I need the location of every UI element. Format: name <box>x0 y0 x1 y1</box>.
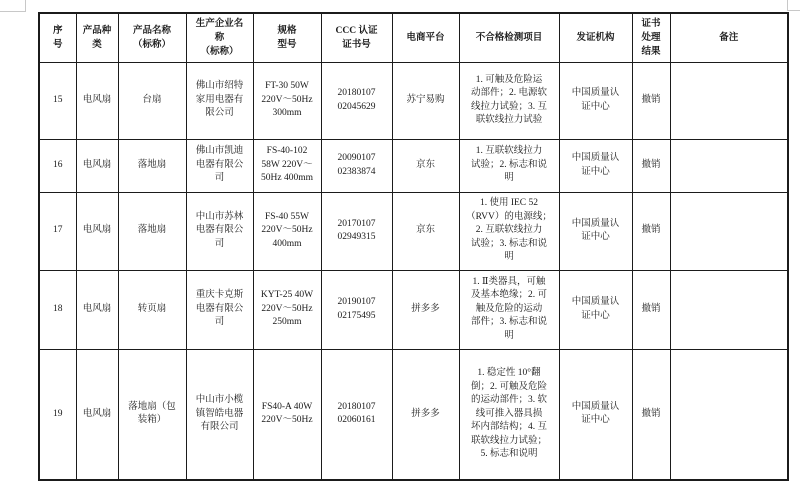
noncompliant-products-table: 序 号 产品种 类 产品名称 （标称） 生产企业名 称 （标称） 规格 型号 C… <box>38 12 789 481</box>
cell-product-name: 落地扇（包 装箱） <box>118 349 186 480</box>
table-row: 19 电风扇 落地扇（包 装箱） 中山市小榄 镇智皓电器 有限公司 FS40-A… <box>39 349 788 480</box>
cell-issuer: 中国质量认 证中心 <box>559 270 632 349</box>
cell-remark <box>670 349 788 480</box>
cell-failed-items: 1. 使用 IEC 52 （RVV）的电源线； 2. 互联软线拉力 试验；3. … <box>459 192 559 270</box>
cell-issuer: 中国质量认 证中心 <box>559 192 632 270</box>
cell-remark <box>670 270 788 349</box>
cell-manufacturer: 中山市小榄 镇智皓电器 有限公司 <box>186 349 253 480</box>
cell-failed-items: 1. Ⅱ类器具，可触 及基本绝缘；2. 可 触及危险的运动 部件；3. 标志和说… <box>459 270 559 349</box>
cell-ccc-no: 20190107 02175495 <box>321 270 392 349</box>
cell-failed-items: 1. 稳定性 10°翻 倒；2. 可触及危险 的运动部件；3. 软 线可推入器具… <box>459 349 559 480</box>
cell-platform: 拼多多 <box>392 349 459 480</box>
table-row: 17 电风扇 落地扇 中山市苏林 电器有限公 司 FS-40 55W 220V～… <box>39 192 788 270</box>
column-header-manufacturer: 生产企业名 称 （标称） <box>186 13 253 62</box>
cell-platform: 京东 <box>392 139 459 192</box>
column-header-failed-items: 不合格检测项目 <box>459 13 559 62</box>
cell-model: FS40-A 40W 220V～50Hz <box>253 349 321 480</box>
cell-model: FT-30 50W 220V～50Hz 300mm <box>253 62 321 139</box>
cropped-row-artifact-right-horizontal <box>787 10 800 11</box>
cell-product-name: 落地扇 <box>118 139 186 192</box>
header-row: 序 号 产品种 类 产品名称 （标称） 生产企业名 称 （标称） 规格 型号 C… <box>39 13 788 62</box>
cell-model: KYT-25 40W 220V～50Hz 250mm <box>253 270 321 349</box>
cell-category: 电风扇 <box>76 192 118 270</box>
column-header-ccc-no: CCC 认证 证书号 <box>321 13 392 62</box>
cell-issuer: 中国质量认 证中心 <box>559 62 632 139</box>
cell-remark <box>670 139 788 192</box>
cell-remark <box>670 192 788 270</box>
table-row: 18 电风扇 转页扇 重庆卡克斯 电器有限公 司 KYT-25 40W 220V… <box>39 270 788 349</box>
cell-category: 电风扇 <box>76 62 118 139</box>
cell-category: 电风扇 <box>76 139 118 192</box>
cell-platform: 拼多多 <box>392 270 459 349</box>
cell-category: 电风扇 <box>76 349 118 480</box>
cell-result: 撤销 <box>632 192 670 270</box>
cropped-row-artifact-left-vertical <box>25 0 26 12</box>
column-header-issuer: 发证机构 <box>559 13 632 62</box>
cell-model: FS-40 55W 220V～50Hz 400mm <box>253 192 321 270</box>
cell-platform: 苏宁易购 <box>392 62 459 139</box>
cell-ccc-no: 20180107 02060161 <box>321 349 392 480</box>
cell-manufacturer: 佛山市绍特 家用电器有 限公司 <box>186 62 253 139</box>
cell-issuer: 中国质量认 证中心 <box>559 139 632 192</box>
column-header-product-name: 产品名称 （标称） <box>118 13 186 62</box>
cell-product-name: 转页扇 <box>118 270 186 349</box>
cell-seq: 15 <box>39 62 76 139</box>
table-row: 15 电风扇 台扇 佛山市绍特 家用电器有 限公司 FT-30 50W 220V… <box>39 62 788 139</box>
column-header-result: 证书 处理 结果 <box>632 13 670 62</box>
cell-manufacturer: 重庆卡克斯 电器有限公 司 <box>186 270 253 349</box>
cell-seq: 17 <box>39 192 76 270</box>
cell-ccc-no: 20170107 02949315 <box>321 192 392 270</box>
column-header-platform: 电商平台 <box>392 13 459 62</box>
cell-seq: 19 <box>39 349 76 480</box>
cell-result: 撤销 <box>632 349 670 480</box>
cell-issuer: 中国质量认 证中心 <box>559 349 632 480</box>
cell-model: FS-40-102 58W 220V～ 50Hz 400mm <box>253 139 321 192</box>
cropped-row-artifact-left-horizontal <box>0 11 26 12</box>
table-row: 16 电风扇 落地扇 佛山市凯迪 电器有限公 司 FS-40-102 58W 2… <box>39 139 788 192</box>
column-header-remark: 备注 <box>670 13 788 62</box>
cell-seq: 18 <box>39 270 76 349</box>
cell-category: 电风扇 <box>76 270 118 349</box>
cell-platform: 京东 <box>392 192 459 270</box>
cell-result: 撤销 <box>632 139 670 192</box>
cell-ccc-no: 20180107 02045629 <box>321 62 392 139</box>
cell-failed-items: 1. 互联软线拉力 试验；2. 标志和说 明 <box>459 139 559 192</box>
cell-manufacturer: 中山市苏林 电器有限公 司 <box>186 192 253 270</box>
cell-failed-items: 1. 可触及危险运 动部件；2. 电源软 线拉力试验；3. 互 联软线拉力试验 <box>459 62 559 139</box>
cell-result: 撤销 <box>632 62 670 139</box>
cell-manufacturer: 佛山市凯迪 电器有限公 司 <box>186 139 253 192</box>
cell-remark <box>670 62 788 139</box>
cell-ccc-no: 20090107 02383874 <box>321 139 392 192</box>
cell-product-name: 台扇 <box>118 62 186 139</box>
cell-result: 撤销 <box>632 270 670 349</box>
column-header-model: 规格 型号 <box>253 13 321 62</box>
cell-product-name: 落地扇 <box>118 192 186 270</box>
column-header-seq: 序 号 <box>39 13 76 62</box>
cropped-row-artifact-right-vertical <box>787 0 788 11</box>
column-header-category: 产品种 类 <box>76 13 118 62</box>
cell-seq: 16 <box>39 139 76 192</box>
